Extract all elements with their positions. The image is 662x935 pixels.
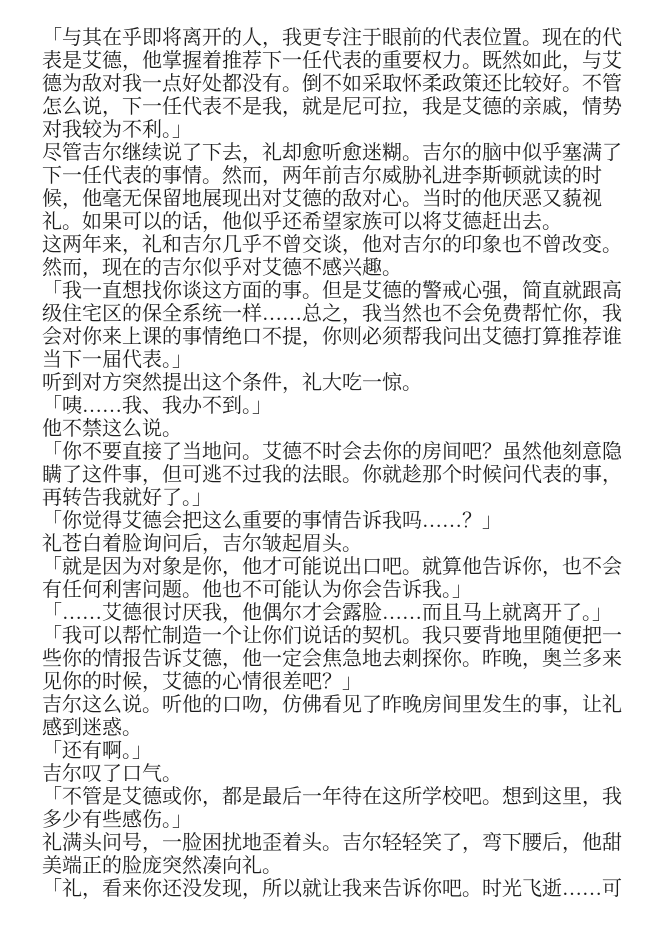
novel-text-block: 「与其在乎即将离开的人，我更专注于眼前的代表位置。现在的代表是艾德，他掌握着推荐…: [42, 27, 624, 901]
text-line: 「咦……我、我办不到。」: [42, 395, 624, 418]
text-line: 「你觉得艾德会把这么重要的事情告诉我吗……？」: [42, 510, 624, 533]
text-line: 再转告我就好了。」: [42, 487, 624, 510]
text-line: 这两年来，礼和吉尔几乎不曾交谈，他对吉尔的印象也不曾改变。: [42, 234, 624, 257]
text-line: 「我一直想找你谈这方面的事。但是艾德的警戒心强，简直就跟高: [42, 280, 624, 303]
text-line: 他不禁这么说。: [42, 418, 624, 441]
text-line: 对我较为不利。」: [42, 119, 624, 142]
text-line: 当下一届代表。」: [42, 349, 624, 372]
text-line: 德为敌对我一点好处都没有。倒不如采取怀柔政策还比较好。不管: [42, 73, 624, 96]
text-line: 「你不要直接了当地问。艾德不时会去你的房间吧？虽然他刻意隐: [42, 441, 624, 464]
text-line: 「我可以帮忙制造一个让你们说话的契机。我只要背地里随便把一: [42, 625, 624, 648]
text-line: 下一任代表的事情。然而，两年前吉尔威胁礼进李斯顿就读的时: [42, 165, 624, 188]
text-line: 会对你来上课的事情绝口不提，你则必须帮我问出艾德打算推荐谁: [42, 326, 624, 349]
text-line: 然而，现在的吉尔似乎对艾德不感兴趣。: [42, 257, 624, 280]
novel-page: 「与其在乎即将离开的人，我更专注于眼前的代表位置。现在的代表是艾德，他掌握着推荐…: [0, 0, 662, 935]
text-line: 瞒了这件事，但可逃不过我的法眼。你就趁那个时候问代表的事，: [42, 464, 624, 487]
text-line: 「与其在乎即将离开的人，我更专注于眼前的代表位置。现在的代: [42, 27, 624, 50]
text-line: 表是艾德，他掌握着推荐下一任代表的重要权力。既然如此，与艾: [42, 50, 624, 73]
text-line: 「……艾德很讨厌我，他偶尔才会露脸……而且马上就离开了。」: [42, 602, 624, 625]
text-line: 尽管吉尔继续说了下去，礼却愈听愈迷糊。吉尔的脑中似乎塞满了: [42, 142, 624, 165]
text-line: 礼满头问号，一脸困扰地歪着头。吉尔轻轻笑了，弯下腰后，他甜: [42, 832, 624, 855]
text-line: 见你的时候，艾德的心情很差吧？」: [42, 671, 624, 694]
text-line: 听到对方突然提出这个条件，礼大吃一惊。: [42, 372, 624, 395]
text-line: 美端正的脸庞突然凑向礼。: [42, 855, 624, 878]
text-line: 候，他毫无保留地展现出对艾德的敌对心。当时的他厌恶又藐视: [42, 188, 624, 211]
text-line: 怎么说，下一任代表不是我，就是尼可拉，我是艾德的亲戚，情势: [42, 96, 624, 119]
text-line: 级住宅区的保全系统一样……总之，我当然也不会免费帮忙你，我: [42, 303, 624, 326]
text-line: 「就是因为对象是你，他才可能说出口吧。就算他告诉你，也不会: [42, 556, 624, 579]
text-line: 「还有啊。」: [42, 740, 624, 763]
text-line: 礼。如果可以的话，他似乎还希望家族可以将艾德赶出去。: [42, 211, 624, 234]
text-line: 吉尔这么说。听他的口吻，仿佛看见了昨晚房间里发生的事，让礼: [42, 694, 624, 717]
text-line: 「礼，看来你还没发现，所以就让我来告诉你吧。时光飞逝……可: [42, 878, 624, 901]
text-line: 多少有些感伤。」: [42, 809, 624, 832]
text-line: 「不管是艾德或你，都是最后一年待在这所学校吧。想到这里，我: [42, 786, 624, 809]
text-line: 感到迷惑。: [42, 717, 624, 740]
text-line: 些你的情报告诉艾德，他一定会焦急地去刺探你。昨晚，奥兰多来: [42, 648, 624, 671]
text-line: 礼苍白着脸询问后，吉尔皱起眉头。: [42, 533, 624, 556]
text-line: 有任何利害问题。他也不可能认为你会告诉我。」: [42, 579, 624, 602]
text-line: 吉尔叹了口气。: [42, 763, 624, 786]
